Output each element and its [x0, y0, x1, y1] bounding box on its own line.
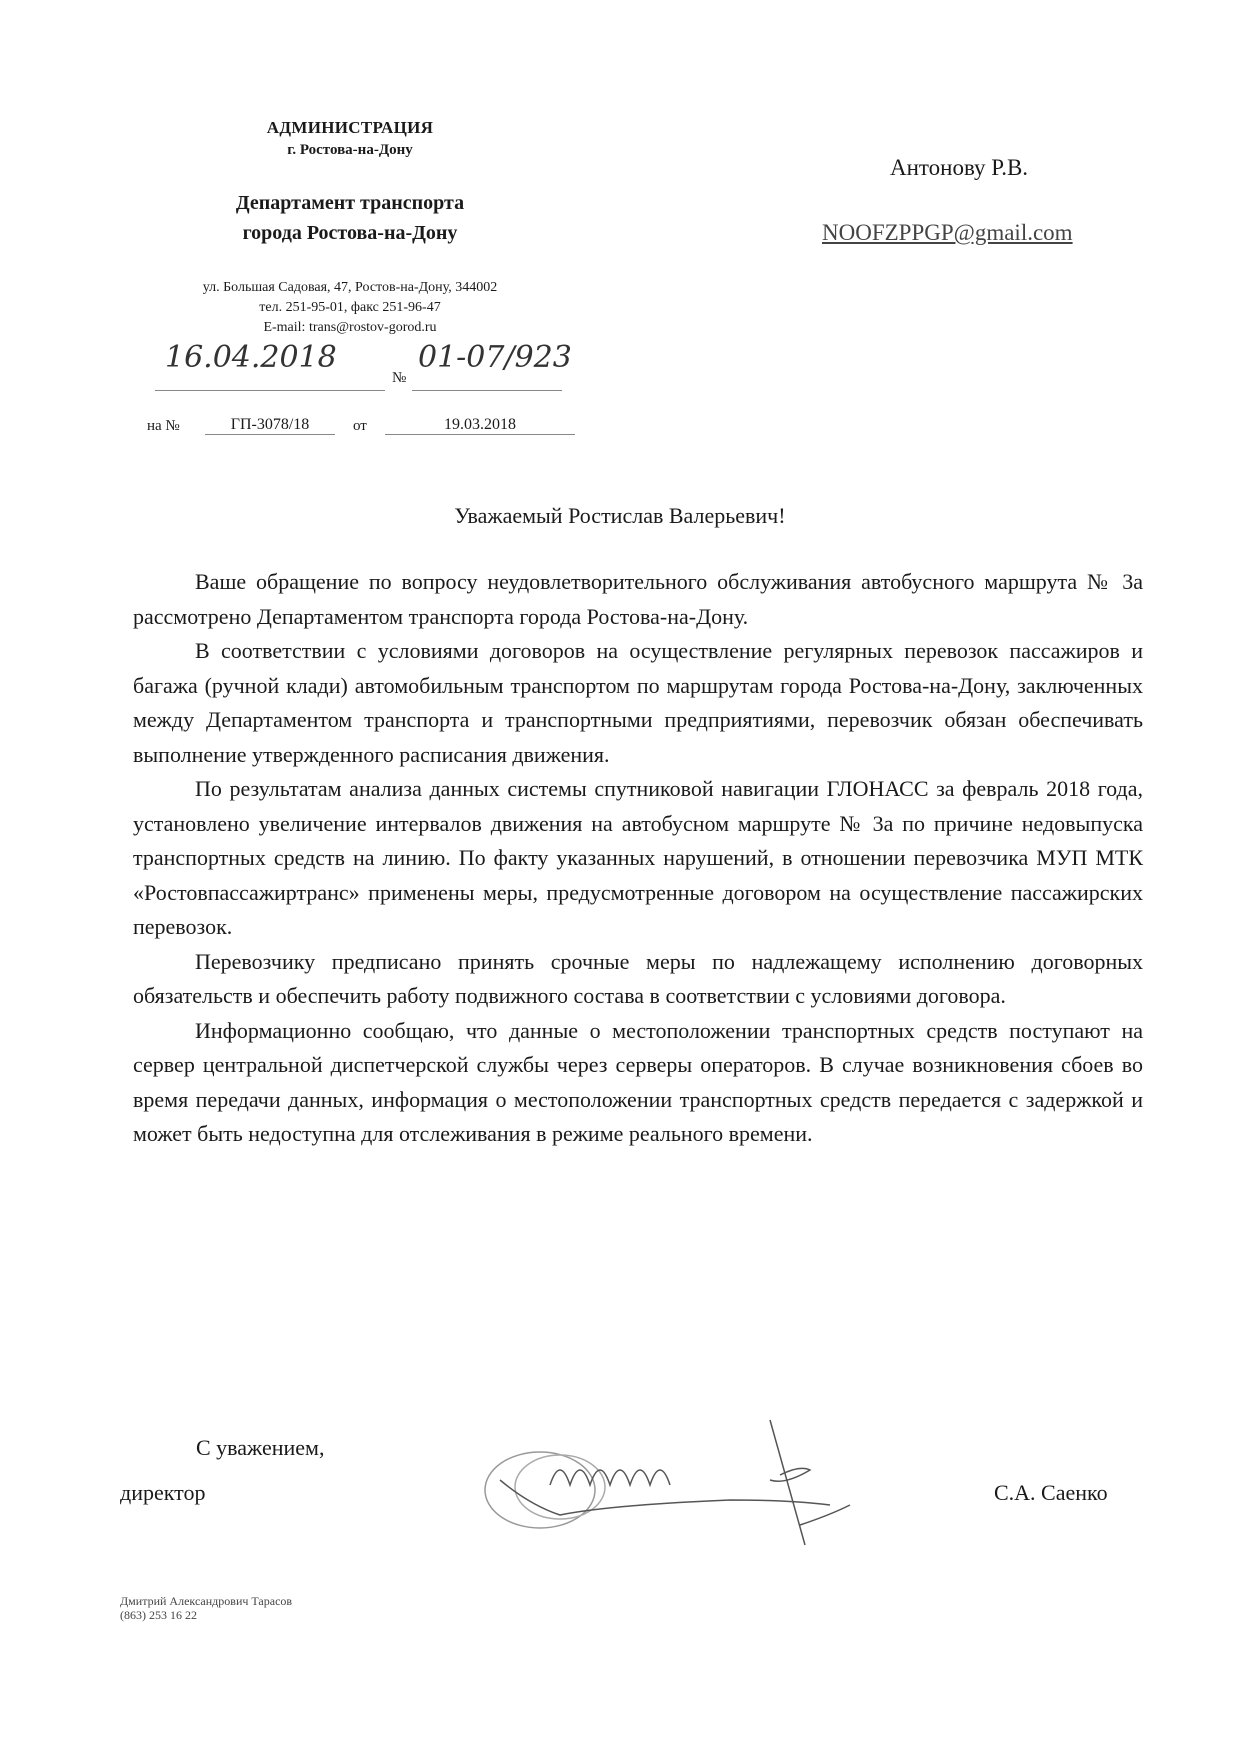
signer-position: директор: [120, 1480, 205, 1506]
letter-body: Ваше обращение по вопросу неудовлетворит…: [133, 565, 1143, 1152]
reference-number-label: на №: [147, 418, 180, 435]
sender-department-city: города Ростова-на-Дону: [110, 222, 590, 245]
sender-department: Департамент транспорта: [110, 192, 590, 215]
outgoing-number-handwritten: 01-07/923: [418, 340, 572, 375]
sender-email: E-mail: trans@rostov-gorod.ru: [110, 320, 590, 336]
reference-date-label: от: [353, 418, 367, 435]
outgoing-number-underline: [412, 390, 562, 391]
sender-city: г. Ростова-на-Дону: [110, 142, 590, 159]
body-paragraph: По результатам анализа данных системы сп…: [133, 772, 1143, 945]
reference-date: 19.03.2018: [385, 416, 575, 435]
executor-name: Дмитрий Александрович Тарасов: [120, 1594, 292, 1609]
sender-org: АДМИНИСТРАЦИЯ: [110, 118, 590, 138]
body-paragraph: Перевозчику предписано принять срочные м…: [133, 945, 1143, 1014]
body-paragraph: Ваше обращение по вопросу неудовлетворит…: [133, 565, 1143, 634]
sender-address: ул. Большая Садовая, 47, Ростов-на-Дону,…: [110, 280, 590, 296]
reference-number: ГП-3078/18: [205, 416, 335, 435]
recipient-email-link[interactable]: NOOFZPPGP@gmail.com: [822, 220, 1073, 246]
outgoing-number-label: №: [392, 370, 406, 387]
signer-name: С.А. Саенко: [994, 1480, 1108, 1506]
sender-phones: тел. 251-95-01, факс 251-96-47: [110, 300, 590, 316]
closing-phrase: С уважением,: [196, 1435, 324, 1461]
outgoing-date-handwritten: 16.04.2018: [165, 340, 337, 375]
body-paragraph: В соответствии с условиями договоров на …: [133, 634, 1143, 772]
executor-phone: (863) 253 16 22: [120, 1608, 197, 1623]
outgoing-date-underline: [155, 390, 385, 391]
salutation: Уважаемый Ростислав Валерьевич!: [0, 503, 1240, 529]
handwritten-signature-icon: [470, 1405, 910, 1555]
body-paragraph: Информационно сообщаю, что данные о мест…: [133, 1014, 1143, 1152]
recipient-name: Антонову Р.В.: [890, 155, 1028, 181]
